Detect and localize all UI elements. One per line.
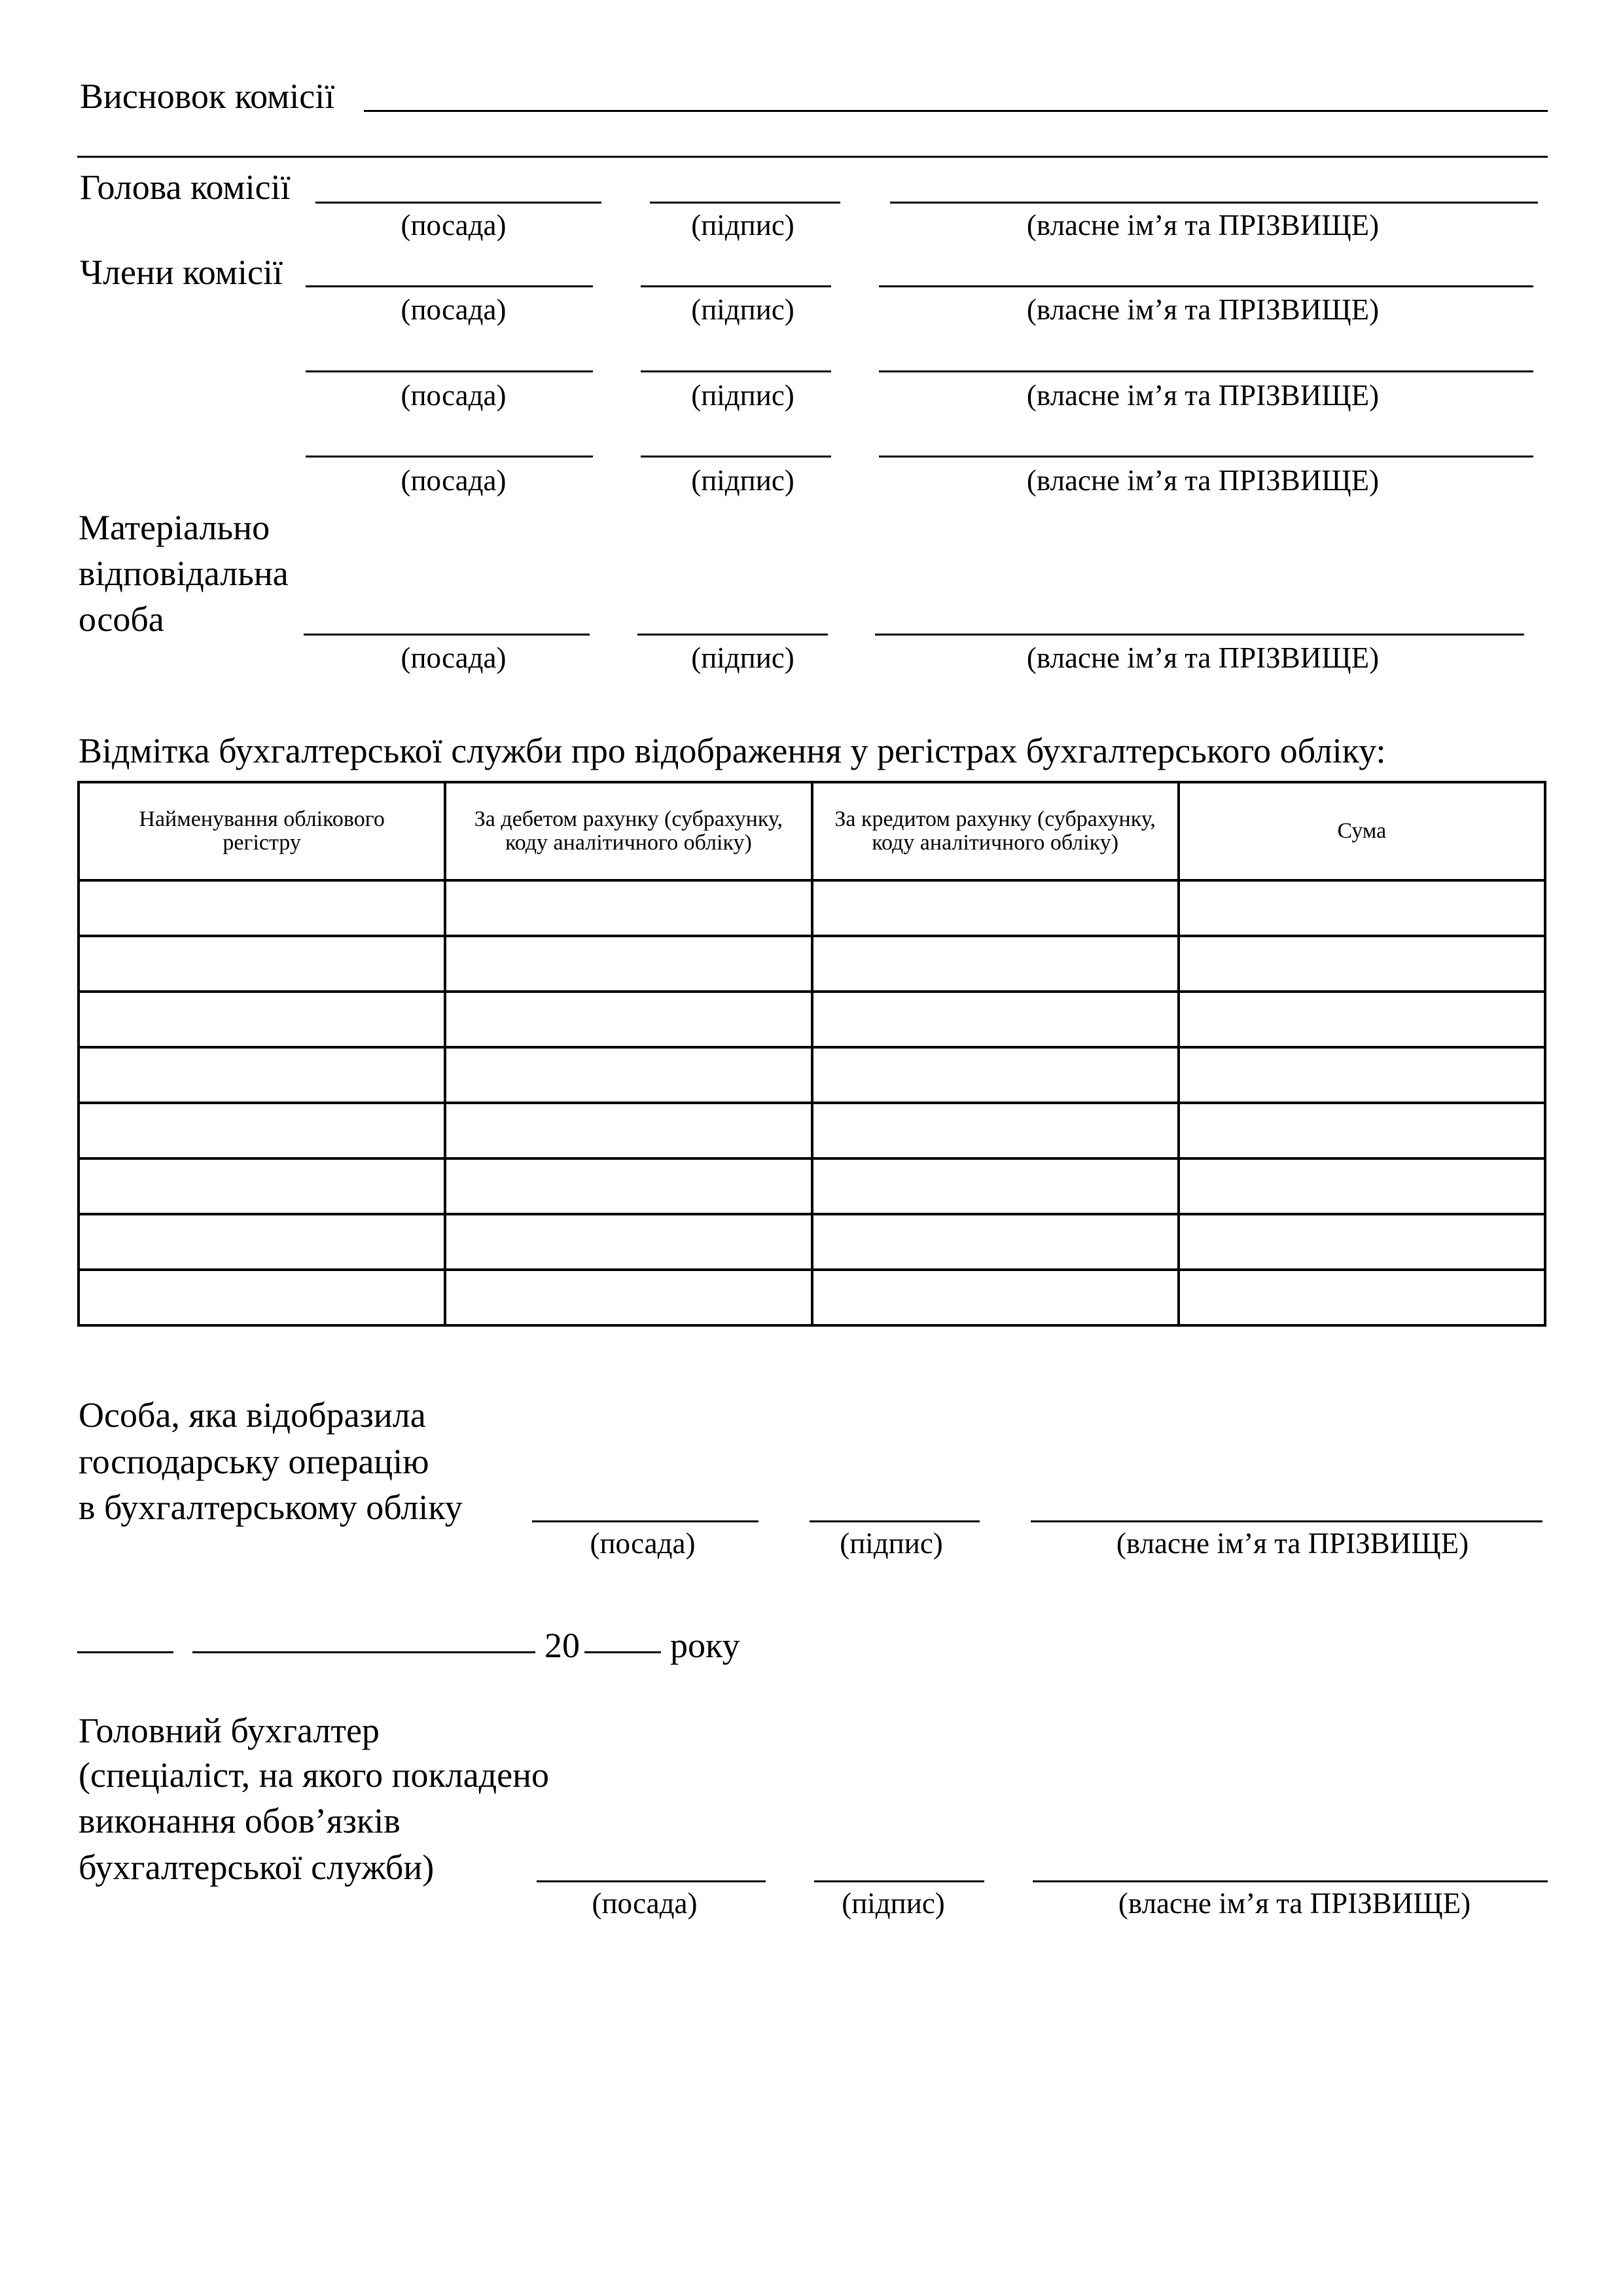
table-row xyxy=(79,1047,1545,1103)
recorder-label-line-2: господарську операцію xyxy=(79,1444,429,1479)
position-caption: (посада) xyxy=(590,1529,695,1558)
signature-caption: (підпис) xyxy=(691,295,794,325)
chairman-label: Голова комісії xyxy=(80,170,291,205)
table-cell-register[interactable] xyxy=(79,992,445,1047)
chairman-position-field[interactable] xyxy=(315,202,601,204)
table-cell-debit[interactable] xyxy=(445,1103,811,1158)
table-cell-register[interactable] xyxy=(79,936,445,992)
table-cell-debit[interactable] xyxy=(445,880,811,936)
table-cell-debit[interactable] xyxy=(445,936,811,992)
responsible-person-label-line-2: відповідальна xyxy=(79,556,289,591)
table-cell-register[interactable] xyxy=(79,1214,445,1270)
chief-accountant-label-line-1: Головний бухгалтер xyxy=(79,1713,380,1748)
table-cell-debit[interactable] xyxy=(445,992,811,1047)
date-year-prefix: 20 xyxy=(544,1628,580,1663)
table-cell-amount[interactable] xyxy=(1179,1103,1545,1158)
date-month-field[interactable] xyxy=(192,1651,535,1653)
table-cell-amount[interactable] xyxy=(1179,992,1545,1047)
recorder-name-field[interactable] xyxy=(1031,1520,1543,1522)
table-row xyxy=(79,1214,1545,1270)
table-cell-credit[interactable] xyxy=(812,1103,1179,1158)
name-caption: (власне ім’я та ПРІЗВИЩЕ) xyxy=(1116,1529,1469,1558)
recorder-position-field[interactable] xyxy=(532,1520,758,1522)
conclusion-label: Висновок комісії xyxy=(80,79,334,114)
position-caption: (посада) xyxy=(592,1889,697,1918)
chief-accountant-label-line-3: виконання обов’язків xyxy=(79,1803,401,1839)
table-cell-amount[interactable] xyxy=(1179,1270,1545,1325)
signature-caption: (підпис) xyxy=(840,1529,943,1558)
table-header-row: Найменування облікового регістру За дебе… xyxy=(79,782,1545,880)
conclusion-field[interactable] xyxy=(364,110,1548,112)
member-1-position-field[interactable] xyxy=(306,285,593,287)
table-cell-debit[interactable] xyxy=(445,1214,811,1270)
column-header-debit: За дебетом рахунку (субрахунку, коду ана… xyxy=(445,782,811,880)
name-caption: (власне ім’я та ПРІЗВИЩЕ) xyxy=(1027,643,1379,673)
accounting-register-table: Найменування облікового регістру За дебе… xyxy=(77,781,1546,1327)
table-cell-register[interactable] xyxy=(79,880,445,936)
table-cell-debit[interactable] xyxy=(445,1158,811,1214)
table-cell-credit[interactable] xyxy=(812,1270,1179,1325)
position-caption: (посада) xyxy=(401,466,506,495)
position-caption: (посада) xyxy=(401,381,506,410)
member-1-signature-field[interactable] xyxy=(641,285,831,287)
member-1-name-field[interactable] xyxy=(879,285,1533,287)
column-header-credit: За кредитом рахунку (субрахунку, коду ан… xyxy=(812,782,1179,880)
table-cell-credit[interactable] xyxy=(812,880,1179,936)
chief-accountant-label-line-4: бухгалтерської служби) xyxy=(79,1850,434,1885)
table-cell-amount[interactable] xyxy=(1179,936,1545,992)
date-year-field[interactable] xyxy=(584,1651,661,1653)
member-3-signature-field[interactable] xyxy=(641,456,831,457)
column-header-register: Найменування облікового регістру xyxy=(79,782,445,880)
table-cell-credit[interactable] xyxy=(812,936,1179,992)
table-row xyxy=(79,1270,1545,1325)
position-caption: (посада) xyxy=(401,295,506,325)
name-caption: (власне ім’я та ПРІЗВИЩЕ) xyxy=(1027,466,1379,495)
responsible-person-label-line-1: Матеріально xyxy=(79,510,270,545)
accounting-heading: Відмітка бухгалтерської служби про відоб… xyxy=(79,733,1386,768)
name-caption: (власне ім’я та ПРІЗВИЩЕ) xyxy=(1118,1889,1471,1918)
table-cell-debit[interactable] xyxy=(445,1270,811,1325)
table-row xyxy=(79,1158,1545,1214)
table-row xyxy=(79,936,1545,992)
chairman-signature-field[interactable] xyxy=(650,202,840,204)
column-header-amount: Сума xyxy=(1179,782,1545,880)
chief-accountant-label-line-2: (спеціаліст, на якого покладено xyxy=(79,1757,549,1793)
member-3-position-field[interactable] xyxy=(306,456,593,457)
signature-caption: (підпис) xyxy=(691,211,794,240)
name-caption: (власне ім’я та ПРІЗВИЩЕ) xyxy=(1027,211,1379,240)
responsible-position-field[interactable] xyxy=(304,634,590,636)
table-cell-register[interactable] xyxy=(79,1103,445,1158)
name-caption: (власне ім’я та ПРІЗВИЩЕ) xyxy=(1027,381,1379,410)
chief-accountant-name-field[interactable] xyxy=(1033,1880,1548,1882)
responsible-person-label-line-3: особа xyxy=(79,601,164,637)
table-cell-amount[interactable] xyxy=(1179,1047,1545,1103)
position-caption: (посада) xyxy=(401,211,506,240)
signature-caption: (підпис) xyxy=(691,643,794,673)
table-cell-credit[interactable] xyxy=(812,1158,1179,1214)
date-year-suffix: року xyxy=(670,1628,740,1663)
responsible-name-field[interactable] xyxy=(875,634,1524,636)
table-cell-register[interactable] xyxy=(79,1158,445,1214)
recorder-label-line-3: в бухгалтерському обліку xyxy=(79,1490,463,1525)
member-2-position-field[interactable] xyxy=(306,370,593,372)
members-label: Члени комісії xyxy=(80,255,283,290)
table-cell-credit[interactable] xyxy=(812,1214,1179,1270)
recorder-signature-field[interactable] xyxy=(810,1520,980,1522)
table-cell-register[interactable] xyxy=(79,1270,445,1325)
member-2-signature-field[interactable] xyxy=(641,370,831,372)
table-cell-debit[interactable] xyxy=(445,1047,811,1103)
table-cell-amount[interactable] xyxy=(1179,1158,1545,1214)
table-row xyxy=(79,992,1545,1047)
table-cell-amount[interactable] xyxy=(1179,880,1545,936)
signature-caption: (підпис) xyxy=(691,381,794,410)
table-row xyxy=(79,880,1545,936)
chairman-name-field[interactable] xyxy=(890,202,1538,204)
signature-caption: (підпис) xyxy=(691,466,794,495)
conclusion-field-line-2[interactable] xyxy=(77,156,1548,158)
table-row xyxy=(79,1103,1545,1158)
member-3-name-field[interactable] xyxy=(879,456,1533,457)
table-cell-credit[interactable] xyxy=(812,1047,1179,1103)
table-cell-credit[interactable] xyxy=(812,992,1179,1047)
name-caption: (власне ім’я та ПРІЗВИЩЕ) xyxy=(1027,295,1379,325)
recorder-label-line-1: Особа, яка відобразила xyxy=(79,1397,426,1433)
responsible-signature-field[interactable] xyxy=(637,634,828,636)
member-2-name-field[interactable] xyxy=(879,370,1533,372)
chief-accountant-position-field[interactable] xyxy=(537,1880,766,1882)
chief-accountant-signature-field[interactable] xyxy=(814,1880,984,1882)
table-cell-register[interactable] xyxy=(79,1047,445,1103)
signature-caption: (підпис) xyxy=(842,1889,945,1918)
date-day-field[interactable] xyxy=(77,1651,173,1653)
table-cell-amount[interactable] xyxy=(1179,1214,1545,1270)
position-caption: (посада) xyxy=(401,643,506,673)
